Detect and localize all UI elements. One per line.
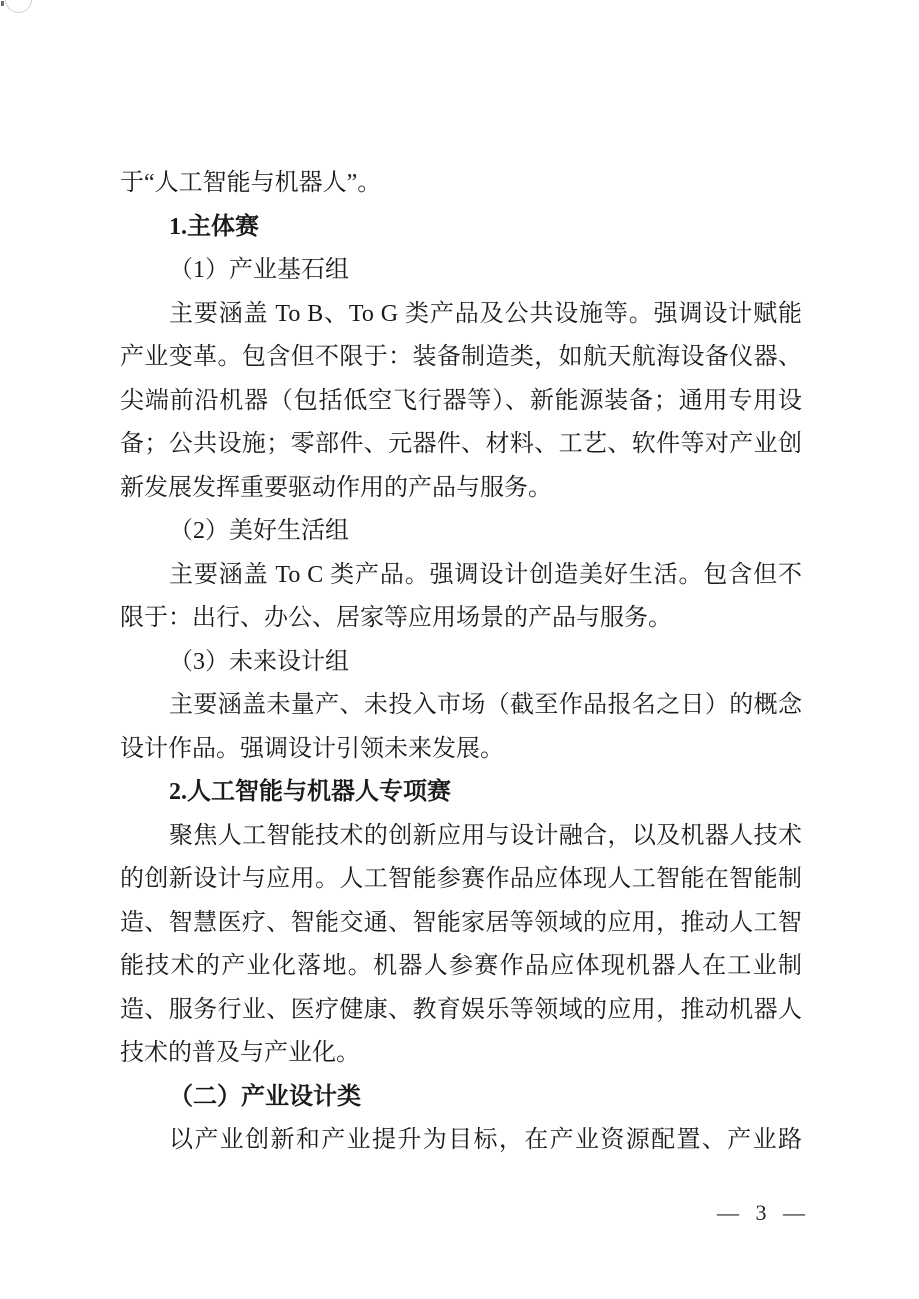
body-line: 限于：出行、办公、居家等应用场景的产品与服务。: [120, 597, 802, 641]
body-line: 造、服务行业、医疗健康、教育娱乐等领域的应用，推动机器人: [120, 989, 802, 1033]
subheading-group-2: （2）美好生活组: [120, 510, 802, 554]
body-line: 聚焦人工智能技术的创新应用与设计融合，以及机器人技术: [120, 815, 802, 859]
body-line: 于“人工智能与机器人”。: [120, 162, 802, 206]
body-line: 的创新设计与应用。人工智能参赛作品应体现人工智能在智能制: [120, 858, 802, 902]
body-line: 产业变革。包含但不限于：装备制造类，如航天航海设备仪器、: [120, 336, 802, 380]
body-line: 主要涵盖 To C 类产品。强调设计创造美好生活。包含但不: [120, 554, 802, 598]
body-line: 能技术的产业化落地。机器人参赛作品应体现机器人在工业制: [120, 945, 802, 989]
subheading-group-1: （1）产业基石组: [120, 249, 802, 293]
heading-industrial-design-category: （二）产业设计类: [120, 1076, 802, 1120]
seal-fragment-icon: [5, 0, 32, 13]
body-line: 设计作品。强调设计引领未来发展。: [120, 728, 802, 772]
body-line: 以产业创新和产业提升为目标，在产业资源配置、产业路线、: [120, 1119, 802, 1163]
document-body: 于“人工智能与机器人”。 1.主体赛 （1）产业基石组 主要涵盖 To B、To…: [120, 162, 802, 1163]
document-page: 于“人工智能与机器人”。 1.主体赛 （1）产业基石组 主要涵盖 To B、To…: [0, 0, 919, 1299]
body-line: 新发展发挥重要驱动作用的产品与服务。: [120, 467, 802, 511]
body-line: 备；公共设施；零部件、元器件、材料、工艺、软件等对产业创: [120, 423, 802, 467]
body-line: 尖端前沿机器（包括低空飞行器等）、新能源装备；通用专用设: [120, 380, 802, 424]
heading-2-ai-robot-special-contest: 2.人工智能与机器人专项赛: [120, 771, 802, 815]
subheading-group-3: （3）未来设计组: [120, 641, 802, 685]
body-line: 造、智慧医疗、智能交通、智能家居等领域的应用，推动人工智: [120, 902, 802, 946]
scan-artifact-speck: [1, 1, 4, 6]
body-line: 主要涵盖 To B、To G 类产品及公共设施等。强调设计赋能: [120, 293, 802, 337]
body-line: 主要涵盖未量产、未投入市场（截至作品报名之日）的概念: [120, 684, 802, 728]
heading-1-main-contest: 1.主体赛: [120, 206, 802, 250]
body-line: 技术的普及与产业化。: [120, 1032, 802, 1076]
page-number: — 3 —: [717, 1200, 807, 1226]
